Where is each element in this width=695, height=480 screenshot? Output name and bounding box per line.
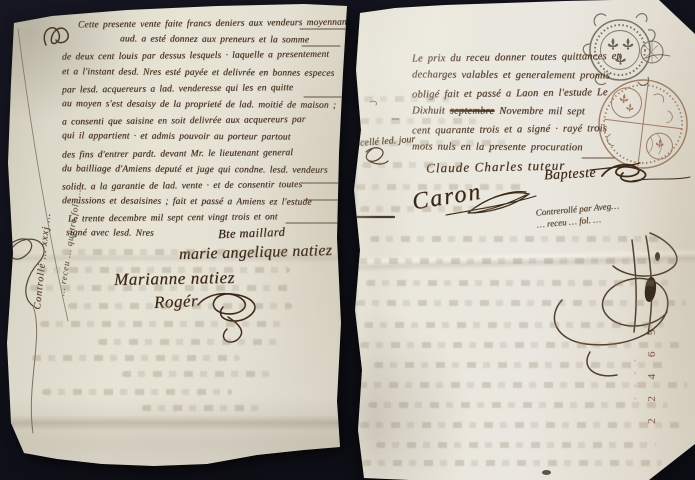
signature-marianne-natiez: Marianne natiez <box>114 268 235 290</box>
signature-caron: Caron <box>410 179 484 217</box>
manuscript-line: decharges valables et generalement promi… <box>412 69 656 88</box>
manuscript-line: cent quarante trois et a signé · rayé tr… <box>412 123 656 144</box>
manuscript-line: obligé fait et passé a Laon en l'estude … <box>412 87 656 108</box>
right-page-text-block: Le prix du receu donner toutes quittance… <box>412 52 656 160</box>
signature-roger: Rogér <box>154 291 199 313</box>
left-page-paper: Cette presente vente faite francs denier… <box>2 3 350 471</box>
manuscript-scan: Cette presente vente faite francs denier… <box>0 0 695 480</box>
margin-note-scelle: Scellé led. jour <box>355 134 416 149</box>
right-page-paper: Le prix du receu donner toutes quittance… <box>350 0 695 480</box>
archive-edge-marks-faint: · · · · <box>631 355 640 400</box>
manuscript-line: des fins d'entrer pardt. devant Mr. le l… <box>62 147 348 166</box>
ink-blot <box>542 470 551 475</box>
archive-edge-marks: 2 2 4 6 9 <box>646 323 658 425</box>
right-page: Le prix du receu donner toutes quittance… <box>350 0 695 480</box>
date-post: Novembre mil sept <box>494 106 585 117</box>
control-registration-note: Contrerollé par Aveg… … receu … fol. … <box>535 199 620 230</box>
ink-blot <box>655 252 660 261</box>
signature-bapteste: Bapteste <box>544 166 597 185</box>
manuscript-line: et a l'instant desd. Nres esté payée et … <box>62 67 348 85</box>
date-pre: Dixhuit <box>412 105 450 116</box>
manuscript-line-dated: Dixhuit septembre Novembre mil sept <box>412 105 656 124</box>
manuscript-line: qui il appartient · et admis pouvoir au … <box>62 131 348 149</box>
fold-crease <box>2 415 350 431</box>
left-page: Cette presente vente faite francs denier… <box>2 3 350 471</box>
ink-blot <box>643 276 658 302</box>
manuscript-line: Le prix du receu donner toutes quittance… <box>412 51 656 72</box>
manuscript-line: Cette presente vente faite francs denier… <box>78 18 348 37</box>
struck-word: septembre <box>450 106 495 117</box>
signature-notary-maillard: Bte maillard <box>218 225 286 242</box>
fold-crease <box>350 247 695 272</box>
manuscript-line: de deux cent louis par dessus lesquels ·… <box>62 50 348 69</box>
left-page-text-block: Cette presente vente faite francs denier… <box>62 19 348 246</box>
signature-marie-angelique-natiez: marie angelique natiez <box>179 242 333 264</box>
